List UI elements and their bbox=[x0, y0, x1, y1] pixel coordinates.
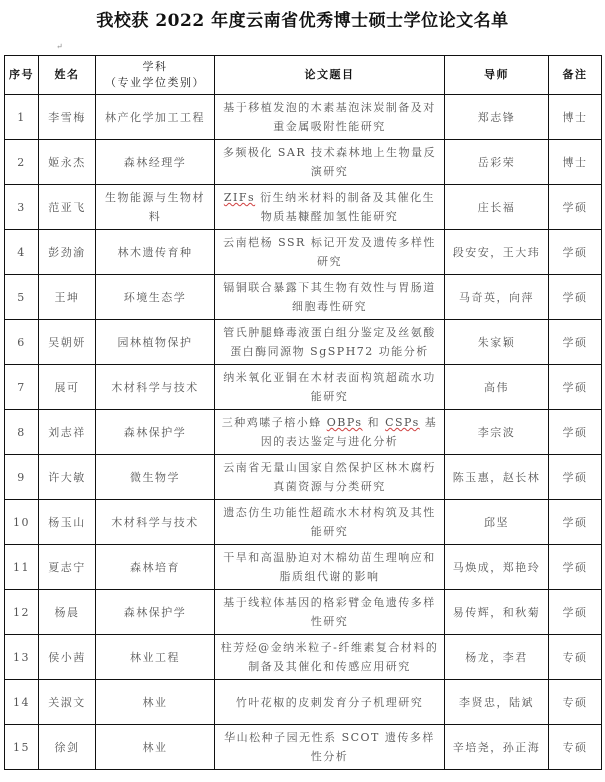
table-row: 10杨玉山木材科学与技术遗态仿生功能性超疏水木材构筑及其性能研究邱坚学硕 bbox=[5, 500, 602, 545]
thesis-list-table: 序号 姓名 学科（专业学位类别） 论文题目 导师 备注 1李雪梅林产化学加工工程… bbox=[4, 55, 602, 770]
cell-discipline: 森林经理学 bbox=[96, 140, 215, 185]
header-advisor: 导师 bbox=[445, 56, 549, 95]
cell-thesis-title: 管氏肿腿蜂毒液蛋白组分鉴定及丝氨酸蛋白酶同源物 SgSPH72 功能分析 bbox=[215, 320, 445, 365]
cell-index: 10 bbox=[5, 500, 39, 545]
table-row: 14关淑文林业竹叶花椒的皮刺发育分子机理研究李贤忠，陆斌专硕 bbox=[5, 680, 602, 725]
table-row: 13侯小茜林业工程柱芳烃@金纳米粒子-纤维素复合材料的制备及其催化和传感应用研究… bbox=[5, 635, 602, 680]
cell-discipline: 森林保护学 bbox=[96, 410, 215, 455]
cell-thesis-title: 云南省无量山国家自然保护区林木腐朽真菌资源与分类研究 bbox=[215, 455, 445, 500]
header-note: 备注 bbox=[549, 56, 602, 95]
table-row: 6吴朝妍园林植物保护管氏肿腿蜂毒液蛋白组分鉴定及丝氨酸蛋白酶同源物 SgSPH7… bbox=[5, 320, 602, 365]
cell-index: 7 bbox=[5, 365, 39, 410]
cell-discipline: 木材科学与技术 bbox=[96, 365, 215, 410]
cell-thesis-title: 镉铜联合暴露下其生物有效性与胃肠道细胞毒性研究 bbox=[215, 275, 445, 320]
cell-discipline: 森林保护学 bbox=[96, 590, 215, 635]
cell-advisor: 高伟 bbox=[445, 365, 549, 410]
cell-thesis-title: 遗态仿生功能性超疏水木材构筑及其性能研究 bbox=[215, 500, 445, 545]
spellcheck-underline: CSPs bbox=[385, 416, 420, 429]
cell-thesis-title: 基于移植发泡的木素基泡沫炭制备及对重金属吸附性能研究 bbox=[215, 95, 445, 140]
cell-index: 11 bbox=[5, 545, 39, 590]
cell-index: 14 bbox=[5, 680, 39, 725]
cell-note: 学硕 bbox=[549, 500, 602, 545]
table-row: 2姬永杰森林经理学多频极化 SAR 技术森林地上生物量反演研究岳彩荣博士 bbox=[5, 140, 602, 185]
table-row: 5王坤环境生态学镉铜联合暴露下其生物有效性与胃肠道细胞毒性研究马奇英，向萍学硕 bbox=[5, 275, 602, 320]
paragraph-mark-icon: ↵ bbox=[56, 42, 63, 51]
cell-note: 博士 bbox=[549, 140, 602, 185]
cell-name: 范亚飞 bbox=[39, 185, 96, 230]
table-row: 12杨晨森林保护学基于线粒体基因的格彩臂金龟遗传多样性研究易传辉，和秋菊学硕 bbox=[5, 590, 602, 635]
cell-name: 彭劲渝 bbox=[39, 230, 96, 275]
cell-index: 1 bbox=[5, 95, 39, 140]
cell-advisor: 朱家颖 bbox=[445, 320, 549, 365]
cell-note: 专硕 bbox=[549, 725, 602, 770]
cell-name: 展可 bbox=[39, 365, 96, 410]
cell-thesis-title: 纳米氧化亚铜在木材表面构筑超疏水功能研究 bbox=[215, 365, 445, 410]
cell-index: 9 bbox=[5, 455, 39, 500]
table-row: 9许大敏微生物学云南省无量山国家自然保护区林木腐朽真菌资源与分类研究陈玉惠，赵长… bbox=[5, 455, 602, 500]
cell-thesis-title: ZIFs 衍生纳米材料的制备及其催化生物质基糠醛加氢性能研究 bbox=[215, 185, 445, 230]
spellcheck-underline: ZIFs bbox=[224, 191, 255, 204]
cell-name: 姬永杰 bbox=[39, 140, 96, 185]
cell-index: 5 bbox=[5, 275, 39, 320]
cell-index: 13 bbox=[5, 635, 39, 680]
cell-thesis-title: 云南桤杨 SSR 标记开发及遗传多样性研究 bbox=[215, 230, 445, 275]
cell-index: 4 bbox=[5, 230, 39, 275]
cell-name: 吴朝妍 bbox=[39, 320, 96, 365]
header-name: 姓名 bbox=[39, 56, 96, 95]
cell-discipline: 林产化学加工工程 bbox=[96, 95, 215, 140]
cell-index: 15 bbox=[5, 725, 39, 770]
cell-name: 李雪梅 bbox=[39, 95, 96, 140]
cell-advisor: 岳彩荣 bbox=[445, 140, 549, 185]
cell-thesis-title: 三种鸡嗉子榕小蜂 OBPs 和 CSPs 基因的表达鉴定与进化分析 bbox=[215, 410, 445, 455]
cell-note: 学硕 bbox=[549, 590, 602, 635]
table-row: 3范亚飞生物能源与生物材料ZIFs 衍生纳米材料的制备及其催化生物质基糠醛加氢性… bbox=[5, 185, 602, 230]
header-index: 序号 bbox=[5, 56, 39, 95]
table-row: 4彭劲渝林木遗传育种云南桤杨 SSR 标记开发及遗传多样性研究段安安，王大玮学硕 bbox=[5, 230, 602, 275]
cell-name: 徐剑 bbox=[39, 725, 96, 770]
cell-discipline: 木材科学与技术 bbox=[96, 500, 215, 545]
header-discipline: 学科（专业学位类别） bbox=[96, 56, 215, 95]
cell-discipline: 林业 bbox=[96, 680, 215, 725]
cell-discipline: 环境生态学 bbox=[96, 275, 215, 320]
cell-name: 杨晨 bbox=[39, 590, 96, 635]
cell-index: 6 bbox=[5, 320, 39, 365]
cell-index: 8 bbox=[5, 410, 39, 455]
cell-advisor: 马焕成，郑艳玲 bbox=[445, 545, 549, 590]
cell-name: 许大敏 bbox=[39, 455, 96, 500]
cell-advisor: 杨龙，李君 bbox=[445, 635, 549, 680]
spellcheck-underline: OBPs bbox=[327, 416, 363, 429]
cell-name: 刘志祥 bbox=[39, 410, 96, 455]
cell-note: 学硕 bbox=[549, 545, 602, 590]
cell-index: 2 bbox=[5, 140, 39, 185]
cell-discipline: 微生物学 bbox=[96, 455, 215, 500]
cell-discipline: 园林植物保护 bbox=[96, 320, 215, 365]
cell-advisor: 李宗波 bbox=[445, 410, 549, 455]
cell-thesis-title: 干旱和高温胁迫对木棉幼苗生理响应和脂质组代谢的影响 bbox=[215, 545, 445, 590]
table-row: 11夏志宁森林培育干旱和高温胁迫对木棉幼苗生理响应和脂质组代谢的影响马焕成，郑艳… bbox=[5, 545, 602, 590]
cell-thesis-title: 竹叶花椒的皮刺发育分子机理研究 bbox=[215, 680, 445, 725]
cell-advisor: 陈玉惠，赵长林 bbox=[445, 455, 549, 500]
cell-advisor: 辛培尧，孙正海 bbox=[445, 725, 549, 770]
cell-note: 学硕 bbox=[549, 365, 602, 410]
cell-name: 夏志宁 bbox=[39, 545, 96, 590]
cell-index: 12 bbox=[5, 590, 39, 635]
document-title: 我校获 2022 年度云南省优秀博士硕士学位论文名单 bbox=[0, 6, 605, 31]
cell-note: 学硕 bbox=[549, 275, 602, 320]
cell-advisor: 郑志锋 bbox=[445, 95, 549, 140]
cell-thesis-title: 华山松种子园无性系 SCOT 遗传多样性分析 bbox=[215, 725, 445, 770]
cell-index: 3 bbox=[5, 185, 39, 230]
table-row: 7展可木材科学与技术纳米氧化亚铜在木材表面构筑超疏水功能研究高伟学硕 bbox=[5, 365, 602, 410]
cell-thesis-title: 多频极化 SAR 技术森林地上生物量反演研究 bbox=[215, 140, 445, 185]
cell-advisor: 庄长福 bbox=[445, 185, 549, 230]
cell-note: 学硕 bbox=[549, 410, 602, 455]
cell-note: 学硕 bbox=[549, 230, 602, 275]
cell-name: 杨玉山 bbox=[39, 500, 96, 545]
table-row: 8刘志祥森林保护学三种鸡嗉子榕小蜂 OBPs 和 CSPs 基因的表达鉴定与进化… bbox=[5, 410, 602, 455]
cell-discipline: 林业 bbox=[96, 725, 215, 770]
cell-discipline: 林木遗传育种 bbox=[96, 230, 215, 275]
cell-note: 专硕 bbox=[549, 680, 602, 725]
header-thesis-title: 论文题目 bbox=[215, 56, 445, 95]
cell-name: 关淑文 bbox=[39, 680, 96, 725]
cell-discipline: 生物能源与生物材料 bbox=[96, 185, 215, 230]
cell-thesis-title: 基于线粒体基因的格彩臂金龟遗传多样性研究 bbox=[215, 590, 445, 635]
cell-note: 学硕 bbox=[549, 320, 602, 365]
table-header-row: 序号 姓名 学科（专业学位类别） 论文题目 导师 备注 bbox=[5, 56, 602, 95]
cell-note: 学硕 bbox=[549, 455, 602, 500]
cell-advisor: 段安安，王大玮 bbox=[445, 230, 549, 275]
cell-note: 学硕 bbox=[549, 185, 602, 230]
cell-advisor: 易传辉，和秋菊 bbox=[445, 590, 549, 635]
cell-name: 王坤 bbox=[39, 275, 96, 320]
cell-advisor: 李贤忠，陆斌 bbox=[445, 680, 549, 725]
cell-discipline: 林业工程 bbox=[96, 635, 215, 680]
cell-note: 博士 bbox=[549, 95, 602, 140]
cell-name: 侯小茜 bbox=[39, 635, 96, 680]
cell-note: 专硕 bbox=[549, 635, 602, 680]
cell-advisor: 邱坚 bbox=[445, 500, 549, 545]
cell-thesis-title: 柱芳烃@金纳米粒子-纤维素复合材料的制备及其催化和传感应用研究 bbox=[215, 635, 445, 680]
table-row: 1李雪梅林产化学加工工程基于移植发泡的木素基泡沫炭制备及对重金属吸附性能研究郑志… bbox=[5, 95, 602, 140]
table-row: 15徐剑林业华山松种子园无性系 SCOT 遗传多样性分析辛培尧，孙正海专硕 bbox=[5, 725, 602, 770]
cell-advisor: 马奇英，向萍 bbox=[445, 275, 549, 320]
cell-discipline: 森林培育 bbox=[96, 545, 215, 590]
